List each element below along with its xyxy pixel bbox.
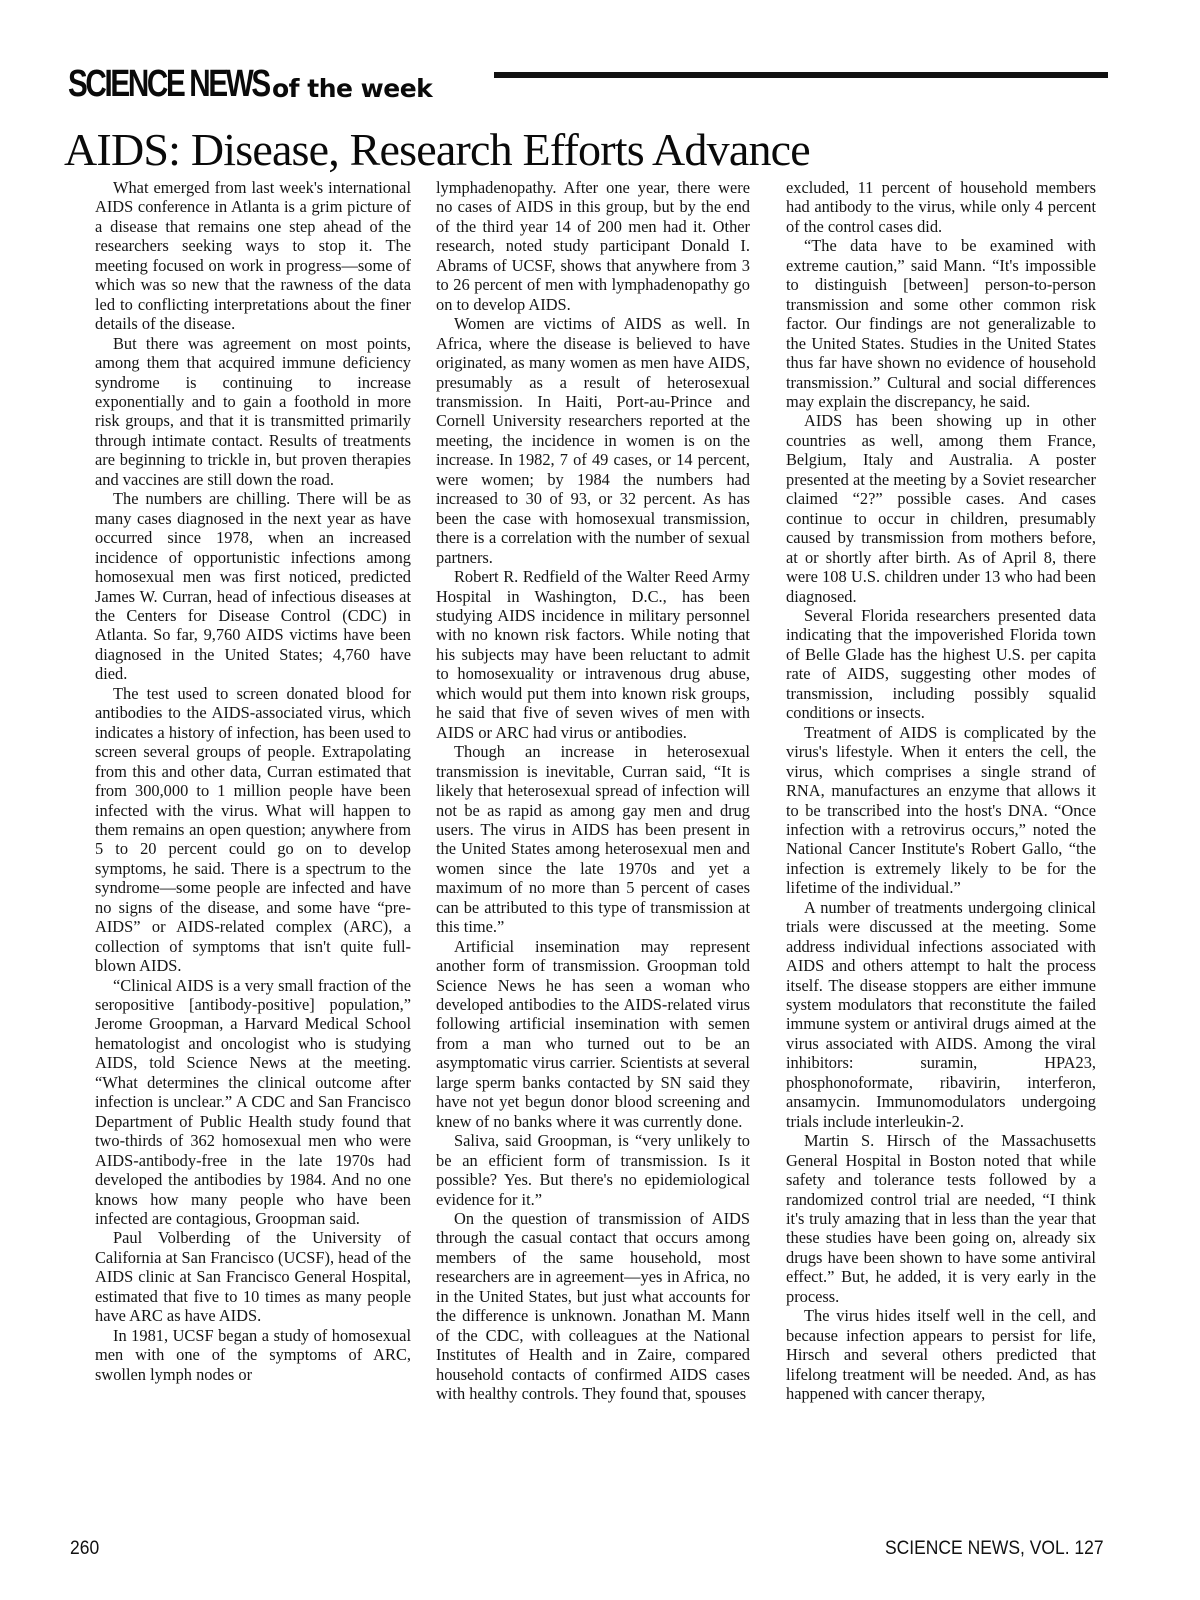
paragraph: AIDS has been showing up in other countr…: [786, 411, 1096, 606]
paragraph: Martin S. Hirsch of the Massachusetts Ge…: [786, 1131, 1096, 1306]
paragraph: Treatment of AIDS is complicated by the …: [786, 723, 1096, 898]
paragraph: But there was agreement on most points, …: [95, 334, 411, 490]
publication-logo: SCIENCE NEWS: [68, 62, 269, 106]
paragraph: Though an increase in heterosexual trans…: [436, 742, 750, 937]
paragraph: What emerged from last week's internatio…: [95, 178, 411, 334]
article-column-3: excluded, 11 percent of household member…: [786, 178, 1096, 1404]
article-headline: AIDS: Disease, Research Efforts Advance: [64, 122, 810, 178]
paragraph-continued: excluded, 11 percent of household member…: [786, 178, 1096, 236]
paragraph: The numbers are chilling. There will be …: [95, 489, 411, 684]
paragraph: The virus hides itself well in the cell,…: [786, 1306, 1096, 1403]
paragraph: Several Florida researchers presented da…: [786, 606, 1096, 723]
paragraph: “The data have to be examined with extre…: [786, 236, 1096, 411]
paragraph: A number of treatments undergoing clinic…: [786, 898, 1096, 1131]
paragraph: Robert R. Redfield of the Walter Reed Ar…: [436, 567, 750, 742]
paragraph: Saliva, said Groopman, is “very unlikely…: [436, 1131, 750, 1209]
paragraph: In 1981, UCSF began a study of homosexua…: [95, 1326, 411, 1384]
page-number: 260: [70, 1538, 99, 1560]
publication-volume: SCIENCE NEWS, VOL. 127: [885, 1538, 1104, 1560]
article-column-1: What emerged from last week's internatio…: [95, 178, 411, 1384]
paragraph-continued: lymphadenopathy. After one year, there w…: [436, 178, 750, 314]
paragraph: On the question of transmission of AIDS …: [436, 1209, 750, 1404]
paragraph: Women are victims of AIDS as well. In Af…: [436, 314, 750, 567]
paragraph: Paul Volberding of the University of Cal…: [95, 1228, 411, 1325]
article-column-2: lymphadenopathy. After one year, there w…: [436, 178, 750, 1404]
section-subtitle: of the week: [272, 72, 432, 106]
paragraph: Artificial insemination may represent an…: [436, 937, 750, 1132]
masthead-rule: [494, 72, 1108, 78]
paragraph: “Clinical AIDS is a very small fraction …: [95, 976, 411, 1229]
paragraph: The test used to screen donated blood fo…: [95, 684, 411, 976]
masthead: SCIENCE NEWS of the week: [68, 62, 1108, 122]
